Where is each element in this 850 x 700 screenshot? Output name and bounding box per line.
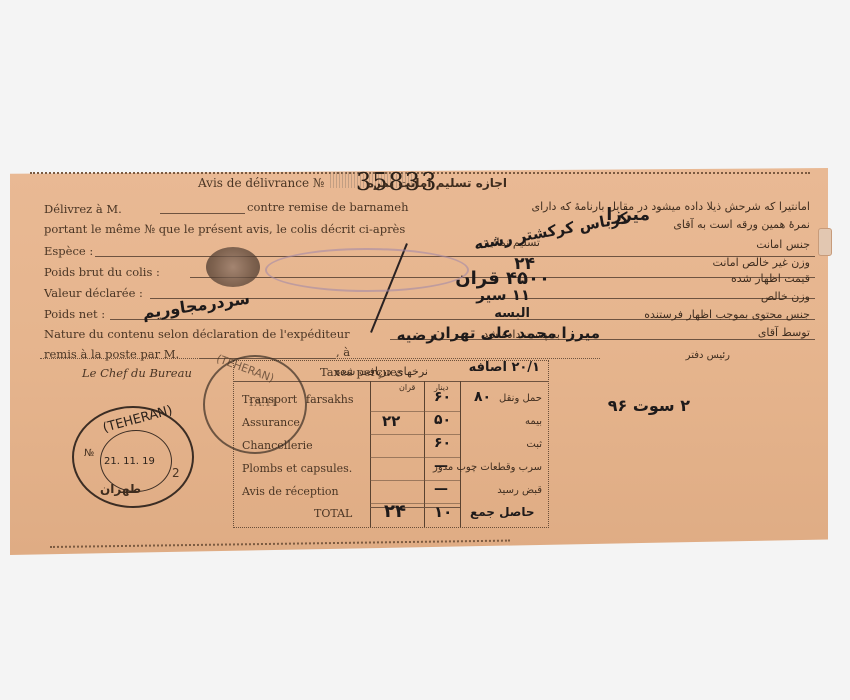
tax-row-label-fa: حمل ونقل [499, 393, 542, 404]
tax-row-dinar: ۵۰ [434, 412, 451, 428]
postmark-second-date: 1A.11 [248, 398, 278, 409]
fa-line-1: امانتیرا که شرحش ذیلا داده میشود در مقاب… [532, 200, 811, 213]
field-barnameh: contre remise de barnameh [247, 200, 409, 214]
field-declared-value: Valeur déclarée : [44, 286, 143, 300]
fa-via: توسط آقای [758, 326, 810, 339]
postmark-no: № [84, 448, 94, 459]
tax-row-label-fr: Plombs et capsules. [242, 462, 352, 475]
paper-fold-tab [818, 228, 832, 256]
tax-row-label-fa: ثبت [526, 439, 542, 450]
fa-gross-weight: وزن غیر خالص امانت [713, 256, 810, 269]
tax-row-farsakh-count: ۸۰ [474, 389, 491, 405]
rule [424, 381, 425, 527]
tax-row-dinar: — [434, 481, 448, 497]
handwritten-contents: البسه [494, 306, 530, 321]
handwritten-sender: میرزا محمد علی تهران [433, 324, 600, 342]
purple-oval-stamp [265, 248, 469, 292]
rule [460, 381, 461, 527]
tax-row-label-fa: سرب وقطعات چوب مدور [433, 462, 542, 473]
fa-chief: رئیس دفتر [686, 350, 730, 361]
postmark-city-fa: طهران [100, 482, 141, 496]
total-dinar: ۱۰ [434, 503, 452, 521]
handwritten-place: رضیه [397, 326, 435, 344]
handwritten-signature: ۲ سوت ۹۶ [608, 396, 690, 415]
tax-row-label-fa: قبض رسید [497, 485, 542, 496]
tax-row-label-fr: Avis de réception [242, 485, 339, 498]
postmark-date: 21. 11. 19 [104, 456, 155, 467]
field-contents-nature: Nature du contenu selon déclaration de l… [44, 327, 350, 341]
tax-row-dinar: ۶۰ [434, 435, 451, 451]
tax-row-dinar: ۶۰ [434, 389, 451, 405]
tax-row-label-fa: بیمه [525, 416, 542, 427]
rule [370, 381, 371, 527]
fa-contents: جنس محتوی بموجب اظهار فرستنده [644, 308, 810, 321]
postmark-office: 2 [172, 466, 180, 480]
fa-declared-value: قیمت اظهار شده [731, 272, 810, 285]
field-at: , à [336, 345, 350, 359]
tax-row-kran: ۲۲ [382, 412, 400, 430]
total-label-fa: حاصل جمع [470, 505, 535, 519]
chef-du-bureau: Le Chef du Bureau [82, 366, 192, 380]
fa-line-2: نمرهٔ همین ورقه است به آقای [673, 218, 810, 231]
field-net-weight: Poids net : [44, 307, 105, 321]
field-espece: Espèce : [44, 244, 93, 258]
fa-net-weight: وزن خالص [761, 290, 810, 303]
handwritten-net-weight: ۱۱ سیر [476, 286, 530, 304]
field-same-number: portant le même № que le présent avis, l… [44, 222, 405, 236]
rule [160, 213, 245, 214]
title-persian: اجازه تسلیم امانت نمره [367, 176, 507, 190]
tax-row-farsakhs: farsakhs [306, 393, 354, 406]
col-kran: قران [399, 383, 415, 392]
title-french: Avis de délivrance № [198, 176, 324, 190]
rule [95, 256, 815, 257]
rule [40, 358, 600, 359]
total-label-fr: TOTAL [314, 507, 352, 520]
field-gross-weight: Poids brut du colis : [44, 265, 160, 279]
taxes-header-fa: نرخهای دریافت شده [335, 365, 428, 378]
fa-type: جنس امانت [756, 238, 810, 251]
field-deliver-to: Délivrez à M. [44, 202, 122, 216]
total-kran: ۲۴ [384, 501, 406, 522]
wax-seal [206, 247, 260, 287]
